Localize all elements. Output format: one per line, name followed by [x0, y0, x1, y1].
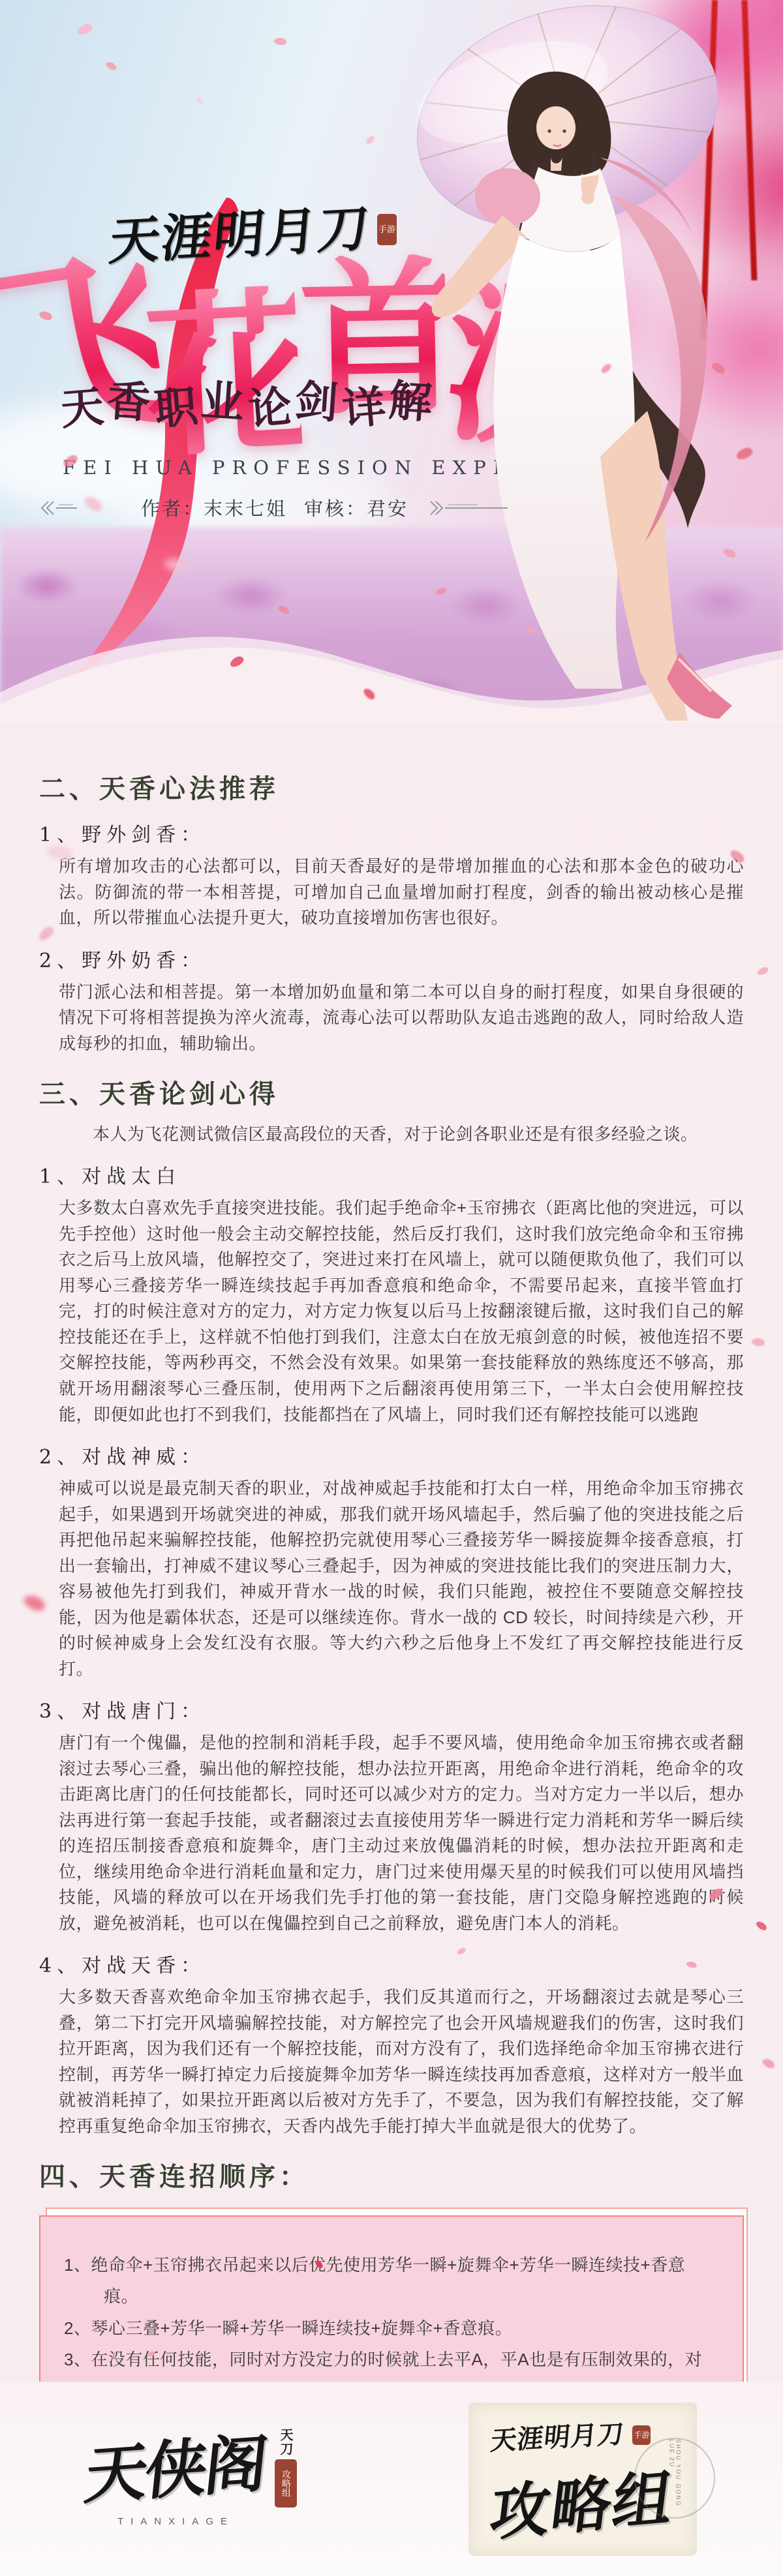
- character-illustration: [405, 0, 770, 724]
- tiandao-vertical-text: 天刀: [277, 2428, 296, 2457]
- tianxiage-logo: 天侠阁 TIANXIAGE 天刀 攻略组: [85, 2420, 297, 2527]
- footer: 天侠阁 TIANXIAGE 天刀 攻略组 天涯明月刀 手游 攻略组 SHOU Y…: [0, 2382, 783, 2576]
- author-row: 作者：末末七姐 审核：君安: [39, 494, 510, 521]
- mind-item-1-title: 1、野外剑香：: [39, 818, 744, 847]
- shouyou-seal: 手游: [632, 2425, 651, 2445]
- mind-item-1-body: 所有增加攻击的心法都可以，目前天香最好的是带增加摧血的心法和那本金色的破功心法。…: [59, 854, 744, 931]
- poster-page: 天涯明月刀 手游 飞花首测 天香职业论剑详解 FEI HUA PROFESSIO…: [0, 0, 783, 2576]
- duel-item-1-title: 1、对战太白: [39, 1160, 744, 1189]
- duel-item-4-title: 4、对战天香：: [39, 1949, 744, 1978]
- gongluezu-seal: 攻略组: [275, 2459, 297, 2508]
- left-ornament-icon: [39, 500, 124, 517]
- duel-item-1-body: 大多数太白喜欢先手直接突进技能。我们起手绝命伞+玉帘拂衣（距离比他的突进远，可以…: [59, 1195, 744, 1428]
- tianxiage-logo-caption: TIANXIAGE: [85, 2516, 266, 2527]
- strategy-group-logo: 天涯明月刀 手游 攻略组 SHOU YOU GONG LUE ZU: [468, 2403, 697, 2556]
- duel-item-2-title: 2、对战神威：: [39, 1441, 744, 1469]
- game-name-calligraphy: 天涯明月刀: [489, 2413, 626, 2457]
- duel-item-3-title: 3、对战唐门：: [39, 1695, 744, 1724]
- mind-item-2-body: 带门派心法和相菩提。第一本增加奶血量和第二本可以自身的耐打程度，如果自身很硬的情…: [59, 980, 744, 1057]
- right-ornament-icon: [425, 500, 510, 517]
- round-stamp-icon: SHOU YOU GONG LUE ZU: [634, 2438, 715, 2519]
- reviewer-label: 审核：君安: [304, 494, 408, 521]
- article-content: 二、天香心法推荐 1、野外剑香： 所有增加攻击的心法都可以，目前天香最好的是带增…: [0, 724, 783, 2433]
- section-heading-combo: 四、天香连招顺序：: [39, 2156, 744, 2193]
- duel-item-4-body: 大多数天香喜欢绝命伞加玉帘拂衣起手，我们反其道而行之，开场翻滚过去就是琴心三叠，…: [59, 1984, 744, 2139]
- shouyou-seal-text: 手游: [634, 2431, 649, 2440]
- gongluezu-seal-text: 攻略组: [281, 2470, 291, 2497]
- section-heading-duel: 三、天香论剑心得: [39, 1073, 744, 1111]
- duel-intro: 本人为飞花测试微信区最高段位的天香，对于论剑各职业还是有很多经验之谈。: [59, 1121, 744, 1147]
- section-heading-mind: 二、天香心法推荐: [39, 768, 744, 805]
- author-label: 作者：末末七姐: [141, 494, 287, 521]
- tianxiage-logo-text: 天侠阁: [82, 2414, 271, 2517]
- stamp-caption: SHOU YOU GONG LUE ZU: [668, 2439, 681, 2517]
- mind-item-2-title: 2、野外奶香：: [39, 944, 744, 973]
- banner: 天涯明月刀 手游 飞花首测 天香职业论剑详解 FEI HUA PROFESSIO…: [0, 0, 783, 724]
- game-logo-seal-text: 手游: [378, 225, 395, 234]
- combo-item-1: 1、绝命伞+玉帘拂衣吊起来以后优先使用芳华一瞬+旋舞伞+芳华一瞬连续技+香意痕。: [64, 2249, 719, 2312]
- subtitle: 天香职业论剑详解: [60, 370, 436, 432]
- duel-item-2-body: 神威可以说是最克制天香的职业，对战神威起手技能和打太白一样，用绝命伞加玉帘拂衣起…: [59, 1476, 744, 1682]
- duel-item-3-body: 唐门有一个傀儡，是他的控制和消耗手段，起手不要风墙，使用绝命伞加玉帘拂衣或者翻滚…: [59, 1730, 744, 1936]
- combo-item-2: 2、琴心三叠+芳华一瞬+芳华一瞬连续技+旋舞伞+香意痕。: [64, 2313, 719, 2344]
